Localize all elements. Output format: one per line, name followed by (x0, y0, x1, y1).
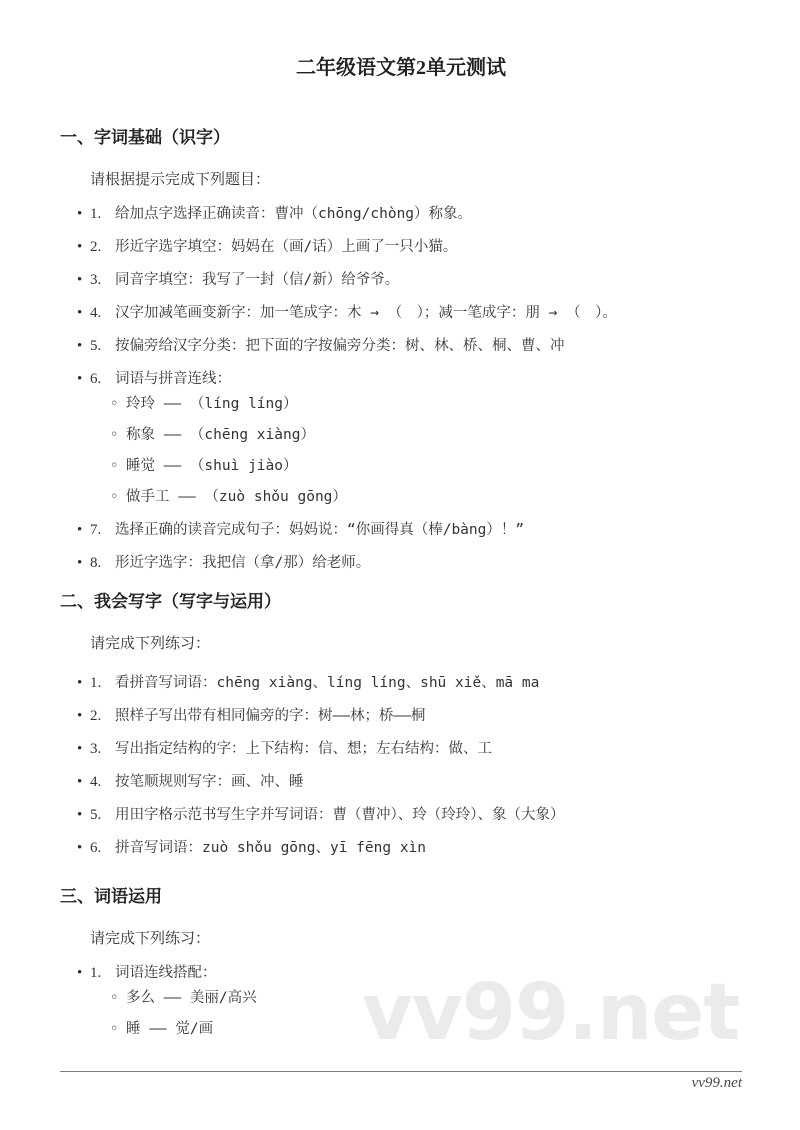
section-heading: 二、我会写字（写字与运用） (60, 590, 742, 614)
item-number: 5. (90, 336, 101, 356)
item-number: 5. (90, 805, 101, 825)
section-intro: 请完成下列练习： (90, 634, 742, 654)
list-item: 1. 词语连线搭配： 多么 —— 美丽/高兴 睡 —— 觉/画 (60, 963, 742, 1039)
item-number: 1. (90, 673, 101, 693)
list-item: 3. 同音字填空：我写了一封（信/新）给爷爷。 (60, 270, 742, 290)
item-number: 7. (90, 520, 101, 540)
item-text: 按偏旁给汉字分类：把下面的字按偏旁分类：树、林、桥、桐、曹、冲 (115, 338, 565, 354)
item-number: 6. (90, 838, 101, 858)
item-number: 8. (90, 553, 101, 573)
item-text: 看拼音写词语：chēng xiàng、líng líng、shū xiě、mā … (115, 675, 539, 691)
item-text: 按笔顺规则写字：画、冲、睡 (115, 774, 304, 790)
list-item: 6. 拼音写词语：zuò shǒu gōng、yī fēng xìn (60, 838, 742, 858)
section-word-usage: 三、词语运用 请完成下列练习： 1. 词语连线搭配： 多么 —— 美丽/高兴 睡… (60, 885, 742, 1039)
list-item: 4. 按笔顺规则写字：画、冲、睡 (60, 772, 742, 792)
section-intro: 请根据提示完成下列题目： (90, 170, 742, 190)
item-text: 选择正确的读音完成句子：妈妈说：“你画得真（棒/bàng）！” (115, 522, 524, 538)
item-text: 照样子写出带有相同偏旁的字：树——林；桥——桐 (115, 708, 425, 724)
list-item: 3. 写出指定结构的字：上下结构：信、想；左右结构：做、工 (60, 739, 742, 759)
list-item: 1. 给加点字选择正确读音：曹冲（chōng/chòng）称象。 (60, 204, 742, 224)
item-number: 2. (90, 706, 101, 726)
list-item: 1. 看拼音写词语：chēng xiàng、líng líng、shū xiě、… (60, 673, 742, 693)
page-footer: vv99.net (60, 1071, 742, 1092)
page-title: 二年级语文第2单元测试 (60, 0, 742, 82)
item-text: 词语与拼音连线： (115, 371, 231, 387)
footer-divider (60, 1071, 742, 1072)
match-sublist-item: 做手工 —— （zuò shǒu gōng） (110, 487, 742, 507)
list-item: 2. 形近字选字填空：妈妈在（画/话）上画了一只小猫。 (60, 237, 742, 257)
item-text: 给加点字选择正确读音：曹冲（chōng/chòng）称象。 (115, 206, 472, 222)
section-word-basics: 一、字词基础（识字） 请根据提示完成下列题目： 1. 给加点字选择正确读音：曹冲… (60, 126, 742, 573)
section-writing: 二、我会写字（写字与运用） 请完成下列练习： 1. 看拼音写词语：chēng x… (60, 590, 742, 858)
match-sublist-item: 睡 —— 觉/画 (110, 1019, 742, 1039)
match-sublist-item: 称象 —— （chēng xiàng） (110, 425, 742, 445)
item-number: 4. (90, 772, 101, 792)
item-number: 6. (90, 369, 101, 389)
worksheet-page: 二年级语文第2单元测试 一、字词基础（识字） 请根据提示完成下列题目： 1. 给… (0, 0, 800, 1039)
match-sublist: 多么 —— 美丽/高兴 睡 —— 觉/画 (110, 988, 742, 1039)
item-text: 形近字选字：我把信（拿/那）给老师。 (115, 555, 370, 571)
match-sublist: 玲玲 —— （líng líng） 称象 —— （chēng xiàng） 睡觉… (110, 394, 742, 507)
item-number: 1. (90, 204, 101, 224)
question-list: 1. 给加点字选择正确读音：曹冲（chōng/chòng）称象。 2. 形近字选… (60, 204, 742, 573)
list-item: 8. 形近字选字：我把信（拿/那）给老师。 (60, 553, 742, 573)
list-item: 5. 用田字格示范书写生字并写词语：曹（曹冲）、玲（玲玲）、象（大象） (60, 805, 742, 825)
item-number: 4. (90, 303, 101, 323)
item-text: 拼音写词语：zuò shǒu gōng、yī fēng xìn (115, 840, 426, 856)
item-text: 同音字填空：我写了一封（信/新）给爷爷。 (115, 272, 399, 288)
list-item: 7. 选择正确的读音完成句子：妈妈说：“你画得真（棒/bàng）！” (60, 520, 742, 540)
list-item: 4. 汉字加减笔画变新字：加一笔成字：木 → （ ）；减一笔成字：朋 → （ ）… (60, 303, 742, 323)
item-text: 汉字加减笔画变新字：加一笔成字：木 → （ ）；减一笔成字：朋 → （ ）。 (115, 305, 617, 321)
item-text: 词语连线搭配： (115, 965, 217, 981)
section-heading: 一、字词基础（识字） (60, 126, 742, 150)
section-heading: 三、词语运用 (60, 885, 742, 909)
question-list: 1. 看拼音写词语：chēng xiàng、líng líng、shū xiě、… (60, 673, 742, 858)
question-list: 1. 词语连线搭配： 多么 —— 美丽/高兴 睡 —— 觉/画 (60, 963, 742, 1039)
footer-site-text: vv99.net (60, 1075, 742, 1092)
list-item: 5. 按偏旁给汉字分类：把下面的字按偏旁分类：树、林、桥、桐、曹、冲 (60, 336, 742, 356)
item-number: 3. (90, 270, 101, 290)
section-intro: 请完成下列练习： (90, 929, 742, 949)
match-sublist-item: 睡觉 —— （shuì jiào） (110, 456, 742, 476)
item-number: 3. (90, 739, 101, 759)
item-text: 用田字格示范书写生字并写词语：曹（曹冲）、玲（玲玲）、象（大象） (115, 807, 565, 823)
list-item: 2. 照样子写出带有相同偏旁的字：树——林；桥——桐 (60, 706, 742, 726)
item-text: 形近字选字填空：妈妈在（画/话）上画了一只小猫。 (115, 239, 457, 255)
item-number: 2. (90, 237, 101, 257)
match-sublist-item: 玲玲 —— （líng líng） (110, 394, 742, 414)
item-text: 写出指定结构的字：上下结构：信、想；左右结构：做、工 (115, 741, 492, 757)
list-item: 6. 词语与拼音连线： 玲玲 —— （líng líng） 称象 —— （chē… (60, 369, 742, 507)
item-number: 1. (90, 963, 101, 983)
match-sublist-item: 多么 —— 美丽/高兴 (110, 988, 742, 1008)
